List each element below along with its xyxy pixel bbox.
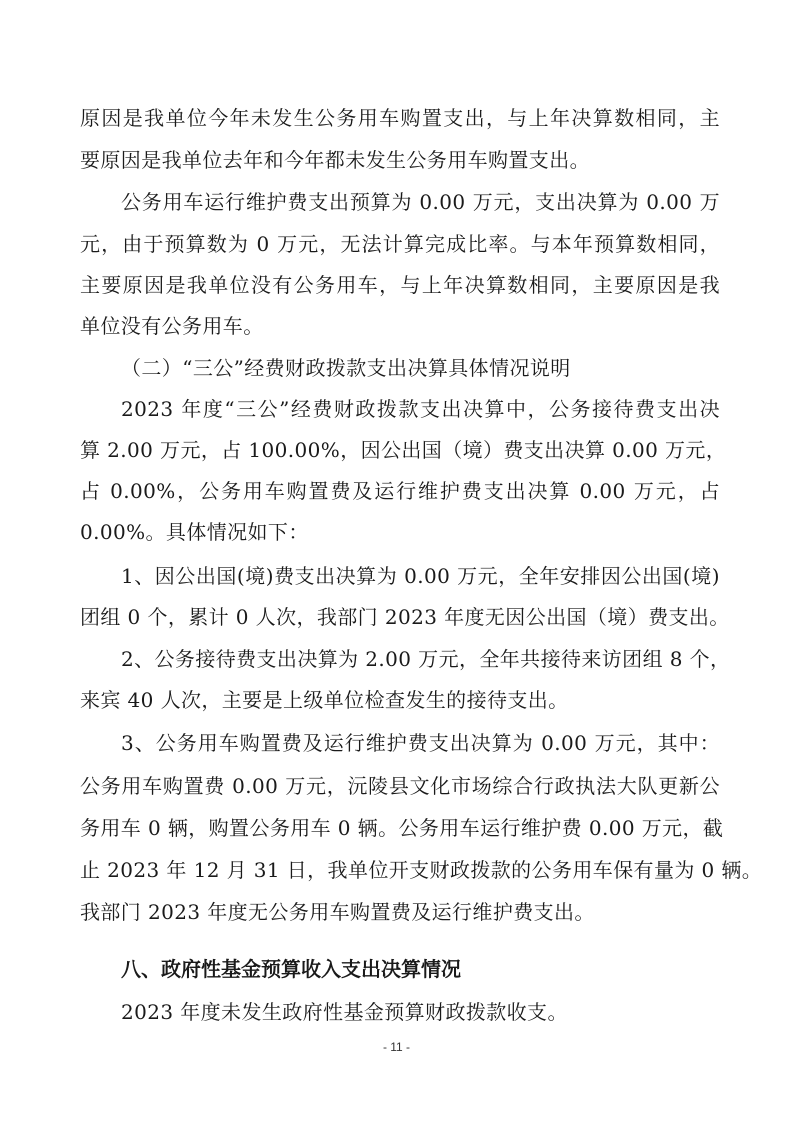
paragraph-line: 要原因是我单位去年和今年都未发生公务用车购置支出。 <box>80 148 720 172</box>
paragraph-line: 占 0.00%，公务用车购置费及运行维护费支出决算 0.00 万元，占 <box>80 479 720 503</box>
paragraph-line: 单位没有公务用车。 <box>80 314 720 338</box>
page-number: - 11 - <box>0 1040 793 1054</box>
paragraph-line: 来宾 40 人次，主要是上级单位检查发生的接待支出。 <box>80 688 720 712</box>
paragraph-line: 2、公务接待费支出决算为 2.00 万元，全年共接待来访团组 8 个， <box>121 647 720 671</box>
paragraph-line: 我部门 2023 年度无公务用车购置费及运行维护费支出。 <box>80 900 720 924</box>
paragraph-line: 算 2.00 万元，占 100.00%，因公出国（境）费支出决算 0.00 万元… <box>80 438 720 462</box>
section-heading: 八、政府性基金预算收入支出决算情况 <box>121 957 720 981</box>
paragraph-line: 团组 0 个，累计 0 人次，我部门 2023 年度无因公出国（境）费支出。 <box>80 605 720 629</box>
paragraph-line: 公务用车购置费 0.00 万元，沅陵县文化市场综合行政执法大队更新公 <box>80 774 720 798</box>
paragraph-line: 1、因公出国(境)费支出决算为 0.00 万元，全年安排因公出国(境) <box>121 564 720 588</box>
paragraph-line: 原因是我单位今年未发生公务用车购置支出，与上年决算数相同，主 <box>80 106 720 130</box>
paragraph-line: 2023 年度未发生政府性基金预算财政拨款收支。 <box>121 1000 720 1024</box>
section-subheading: （二）“三公”经费财政拨款支出决算具体情况说明 <box>121 356 720 380</box>
paragraph-line: 3、公务用车购置费及运行维护费支出决算为 0.00 万元，其中： <box>121 731 720 755</box>
paragraph-line: 2023 年度“三公”经费财政拨款支出决算中，公务接待费支出决 <box>121 397 720 421</box>
paragraph-line: 公务用车运行维护费支出预算为 0.00 万元，支出决算为 0.00 万 <box>121 190 720 214</box>
paragraph-line: 止 2023 年 12 月 31 日，我单位开支财政拨款的公务用车保有量为 0 … <box>80 858 720 882</box>
paragraph-line: 主要原因是我单位没有公务用车，与上年决算数相同，主要原因是我 <box>80 273 720 297</box>
paragraph-line: 元，由于预算数为 0 万元，无法计算完成比率。与本年预算数相同， <box>80 232 720 256</box>
paragraph-line: 0.00%。具体情况如下： <box>80 520 720 544</box>
paragraph-line: 务用车 0 辆，购置公务用车 0 辆。公务用车运行维护费 0.00 万元，截 <box>80 816 720 840</box>
